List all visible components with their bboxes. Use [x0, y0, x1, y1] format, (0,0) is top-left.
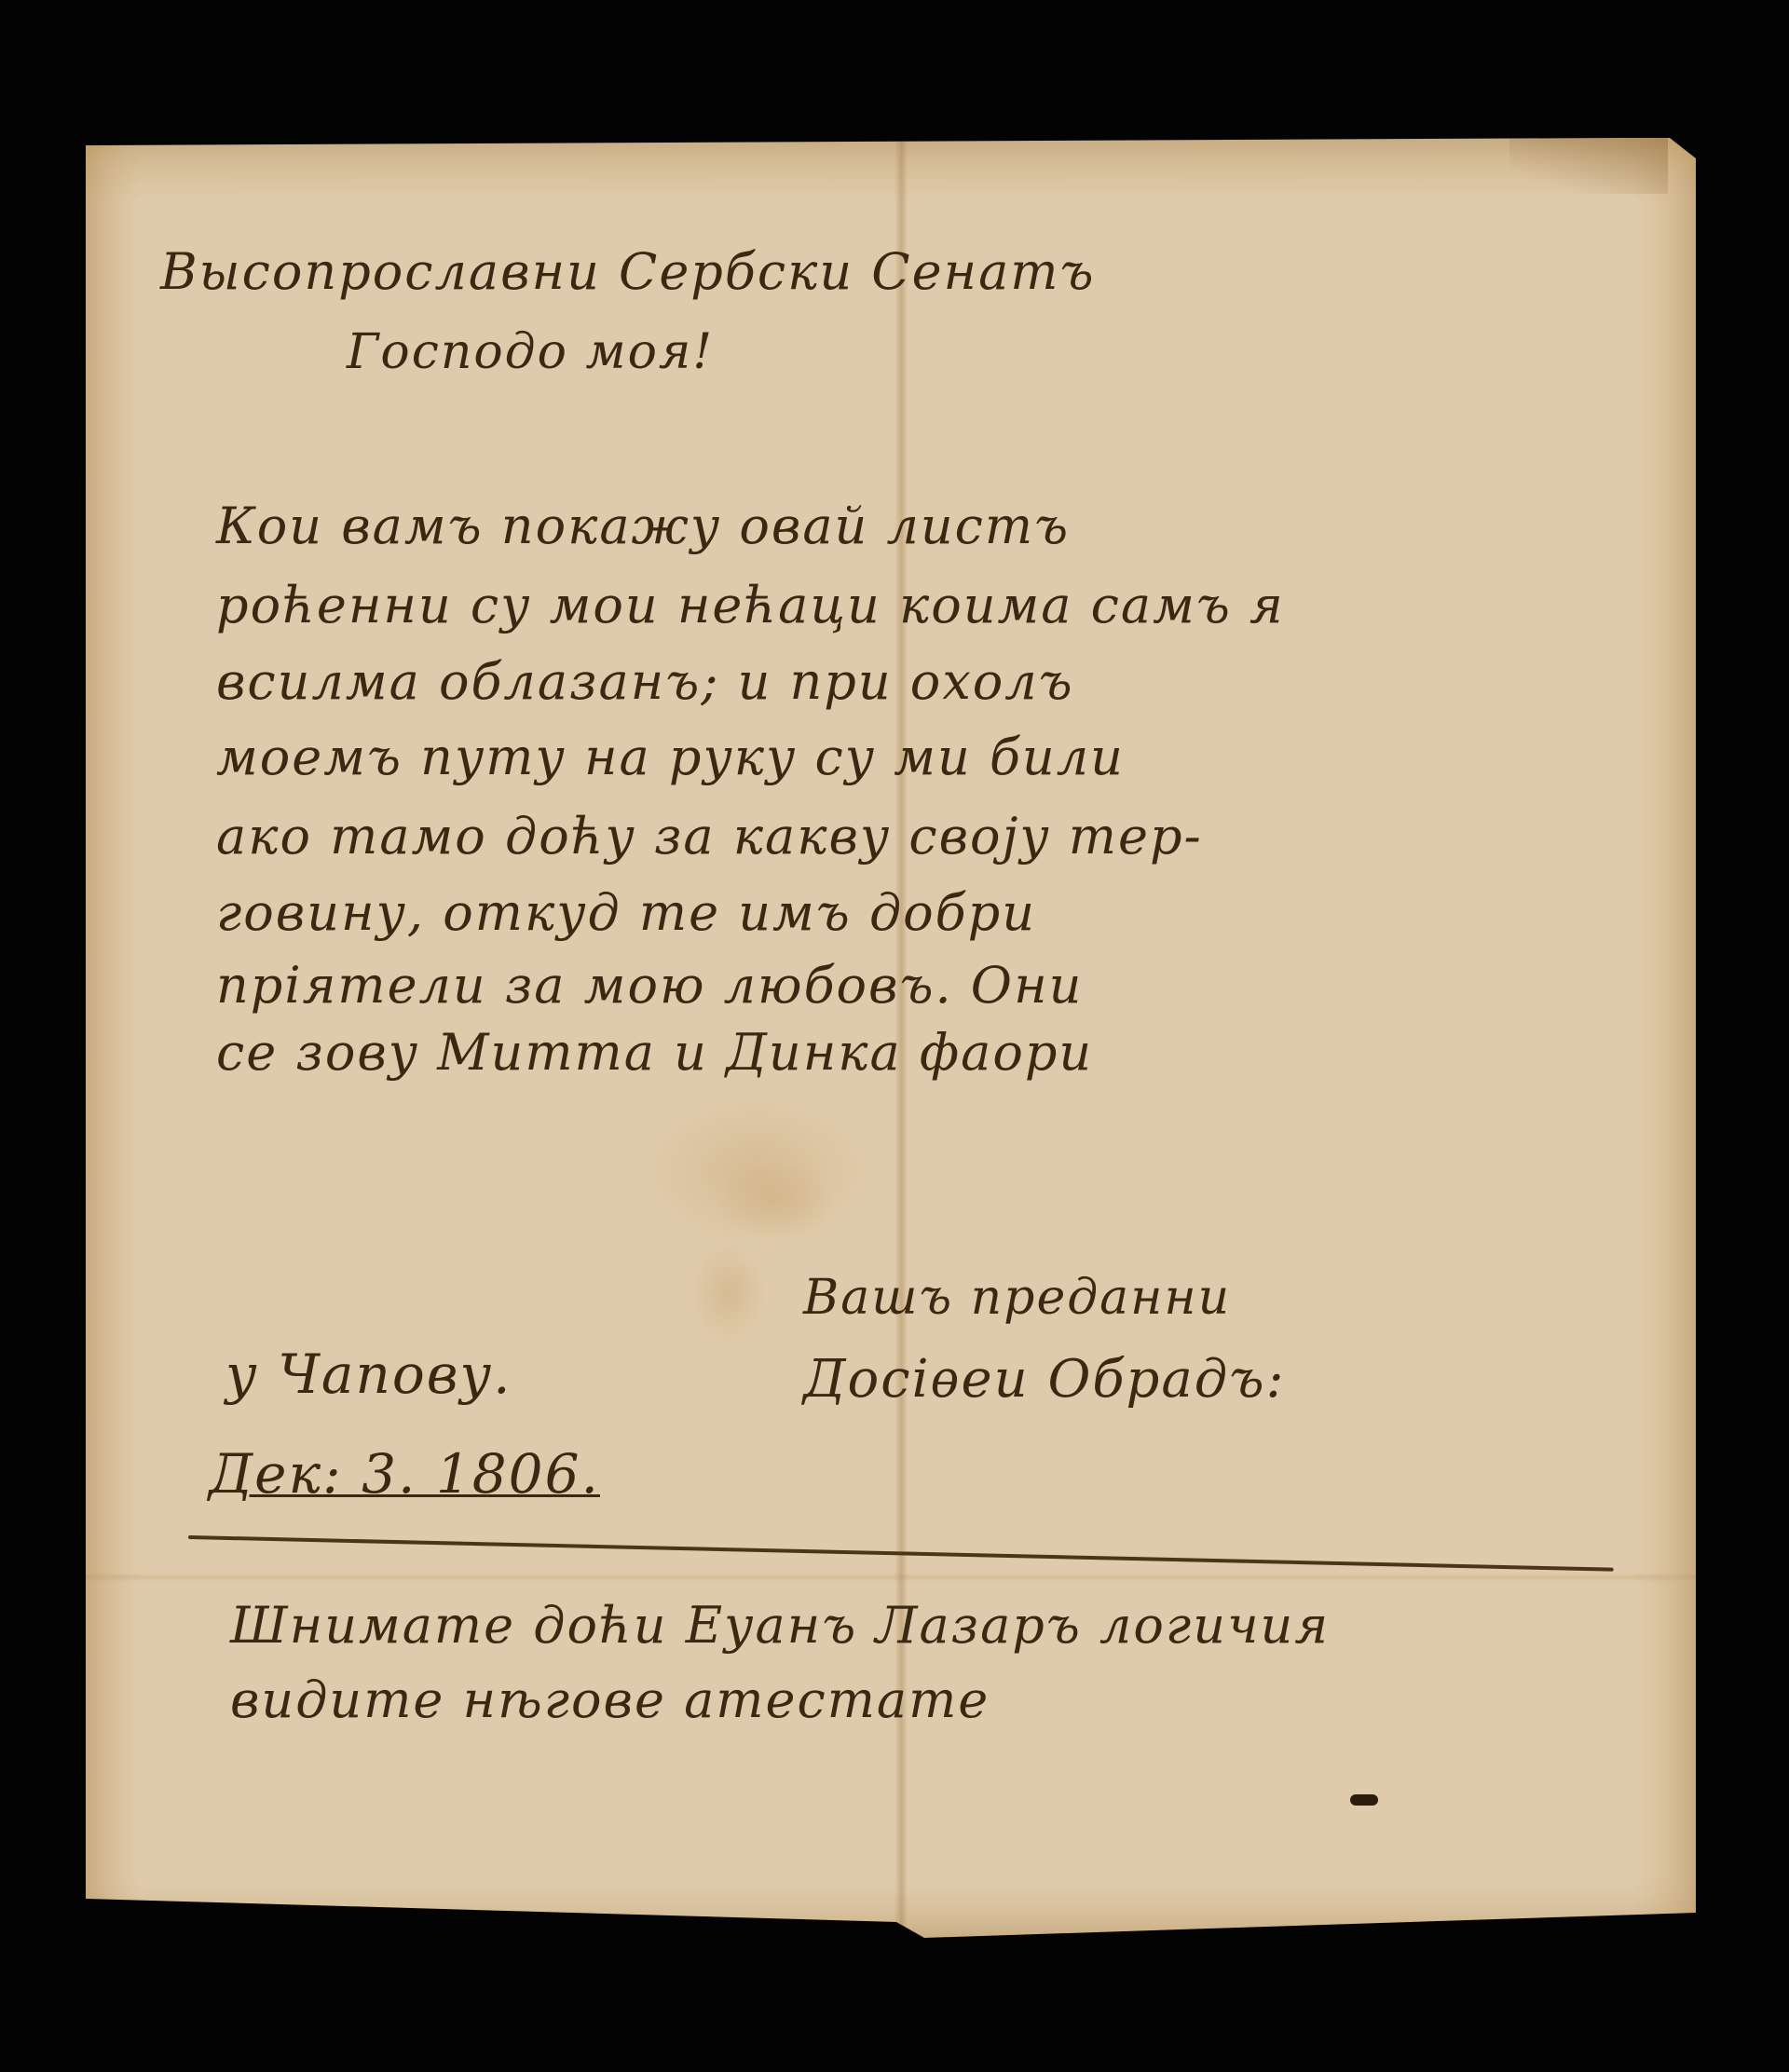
date: Дек: 3. 1806.: [209, 1442, 600, 1506]
letter-paper: Высопрославни Сербски Сенатъ Господо моя…: [86, 138, 1696, 1938]
salutation-greeting: Господо моя!: [347, 324, 714, 380]
folded-corner: [1509, 138, 1668, 194]
signature: Досіѳеи Обрадъ:: [803, 1349, 1285, 1410]
postscript-line: Шнимате доћи Еуанъ Лазаръ логичия: [230, 1596, 1330, 1655]
body-line: всилма облазанъ; и при охолъ: [216, 652, 1074, 711]
body-line: говину, откуд те имъ добри: [216, 883, 1036, 942]
body-line: пріятели за мою любовъ. Они: [216, 956, 1083, 1015]
horizontal-fold-crease: [86, 1573, 1696, 1582]
body-line: роћенни су мои нећаци коима самъ я: [216, 576, 1285, 634]
salutation-address: Высопрославни Сербски Сенатъ: [160, 242, 1096, 301]
body-line: моемъ путу на руку су ми били: [216, 728, 1125, 786]
body-line: ако тамо доћу за какву своју тер-: [216, 807, 1203, 866]
ink-dash-mark: [1350, 1794, 1378, 1806]
postscript-line: видите нѣгове атестате: [230, 1670, 990, 1729]
body-line: се зову Митта и Динка фаори: [216, 1023, 1093, 1082]
closing-phrase: Вашъ преданни: [803, 1270, 1231, 1326]
body-line: Кои вамъ покажу овай листъ: [216, 497, 1070, 555]
place-of-writing: у Чапову.: [225, 1343, 512, 1406]
